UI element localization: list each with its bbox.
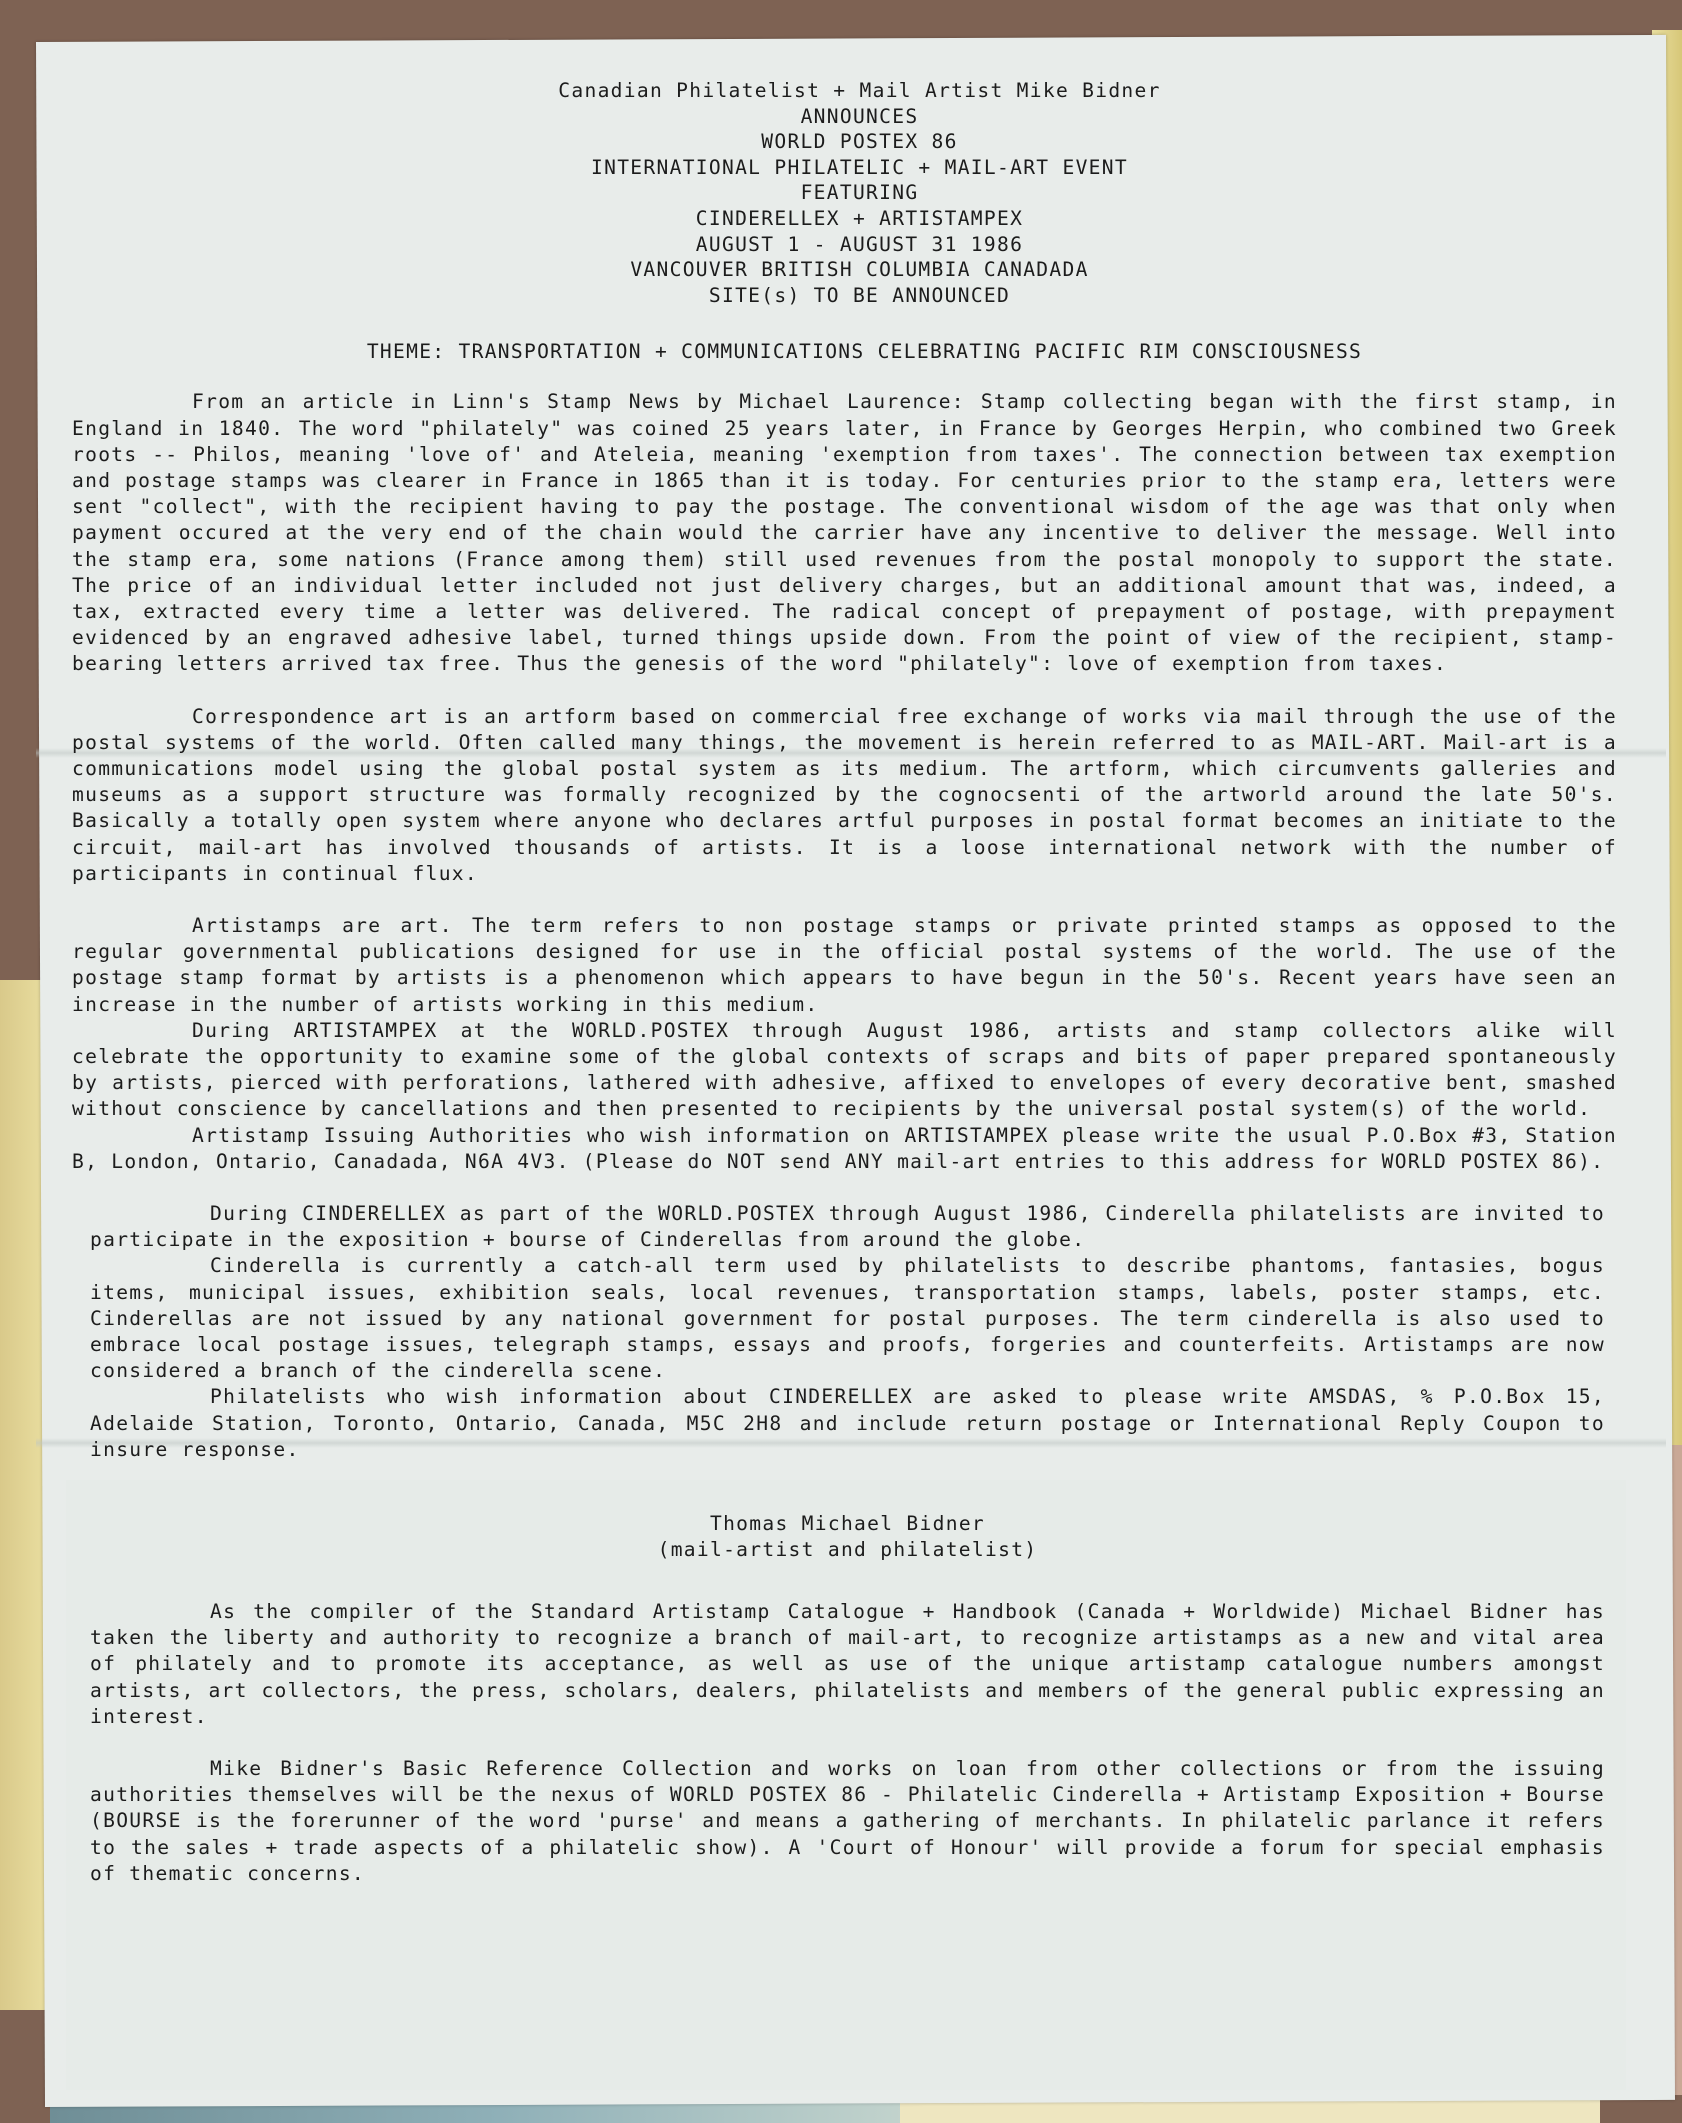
paragraph-collection: Mike Bidner's Basic Reference Collection…	[90, 1756, 1605, 1887]
header-line: ANNOUNCES	[102, 104, 1617, 130]
header-line: WORLD POSTEX 86	[102, 129, 1617, 155]
paragraph-artistamps: Artistamps are art. The term refers to n…	[72, 913, 1617, 1018]
header-line: SITE(s) TO BE ANNOUNCED	[102, 283, 1617, 309]
paragraph-artistampex: During ARTISTAMPEX at the WORLD.POSTEX t…	[72, 1018, 1617, 1123]
signature-name: Thomas Michael Bidner	[90, 1511, 1605, 1537]
header-line: VANCOUVER BRITISH COLUMBIA CANADADA	[102, 257, 1617, 283]
lower-section: During CINDERELLEX as part of the WORLD.…	[90, 1201, 1605, 1887]
paragraph-artistampex-contact: Artistamp Issuing Authorities who wish i…	[72, 1123, 1617, 1175]
header-line: INTERNATIONAL PHILATELIC + MAIL-ART EVEN…	[102, 155, 1617, 181]
paragraph-philately: From an article in Linn's Stamp News by …	[72, 389, 1617, 677]
header-line: AUGUST 1 - AUGUST 31 1986	[102, 232, 1617, 258]
paragraph-mail-art: Correspondence art is an artform based o…	[72, 704, 1617, 887]
announcement-header: Canadian Philatelist + Mail Artist Mike …	[102, 78, 1617, 308]
theme-line: THEME: TRANSPORTATION + COMMUNICATIONS C…	[112, 340, 1617, 363]
announcement-document: Canadian Philatelist + Mail Artist Mike …	[72, 78, 1617, 1887]
paragraph-cinderella-definition: Cinderella is currently a catch-all term…	[90, 1253, 1605, 1384]
paragraph-cinderellex-contact: Philatelists who wish information about …	[90, 1384, 1605, 1463]
header-line: CINDERELLEX + ARTISTAMPEX	[102, 206, 1617, 232]
paragraph-cinderellex: During CINDERELLEX as part of the WORLD.…	[90, 1201, 1605, 1253]
header-line: FEATURING	[102, 180, 1617, 206]
paragraph-catalogue: As the compiler of the Standard Artistam…	[90, 1599, 1605, 1730]
signature-block: Thomas Michael Bidner (mail-artist and p…	[90, 1511, 1605, 1563]
header-line: Canadian Philatelist + Mail Artist Mike …	[102, 78, 1617, 104]
signature-role: (mail-artist and philatelist)	[90, 1537, 1605, 1563]
